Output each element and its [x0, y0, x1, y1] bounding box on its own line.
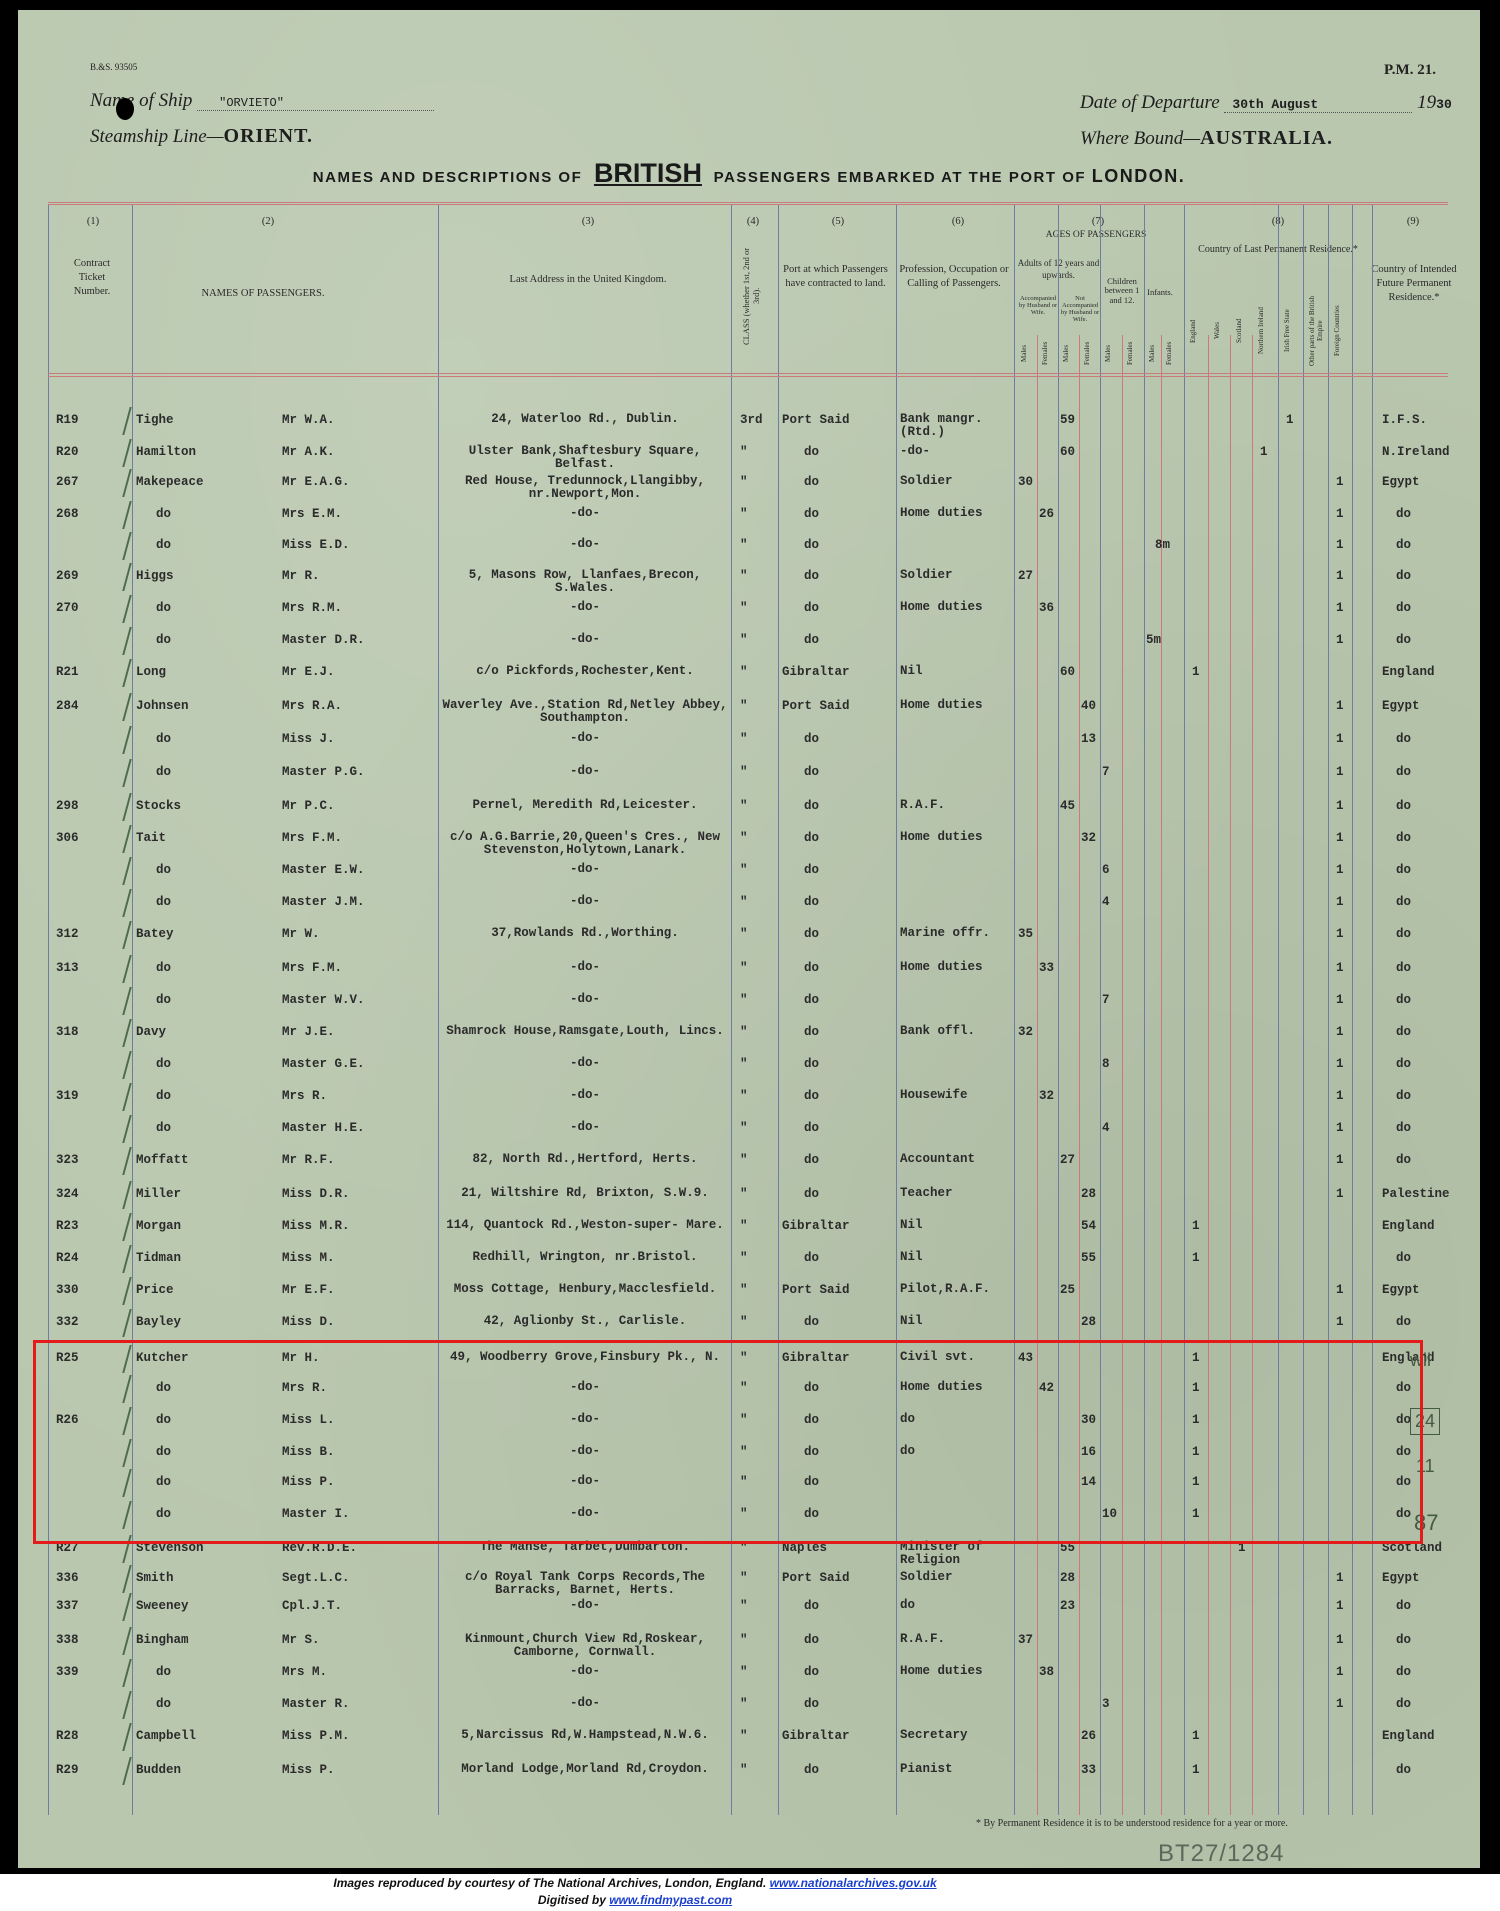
males-header: Males: [1062, 333, 1070, 373]
grid-line: [731, 205, 732, 1815]
surname: Stocks: [136, 799, 181, 813]
occupation: Nil: [900, 1219, 1010, 1232]
address: Morland Lodge,Morland Rd,Croydon.: [440, 1763, 730, 1776]
ticket-number: 313: [56, 961, 79, 975]
address: Shamrock House,Ramsgate,Louth, Lincs.: [440, 1025, 730, 1038]
class: ": [740, 665, 748, 679]
port-of-landing: do: [804, 765, 819, 779]
age: 54: [1081, 1219, 1096, 1233]
surname: do: [156, 1057, 171, 1071]
residence-mark: 1: [1336, 1599, 1344, 1613]
future-residence: do: [1396, 538, 1411, 552]
class: ": [740, 538, 748, 552]
future-residence: do: [1396, 633, 1411, 647]
females-header: Females: [1126, 333, 1134, 373]
given-name: Mr J.E.: [282, 1025, 335, 1039]
residence-mark: 1: [1336, 601, 1344, 615]
residence-mark: 1: [1336, 1697, 1344, 1711]
class: ": [740, 1283, 748, 1297]
occupation: Pianist: [900, 1763, 1010, 1776]
col5-number: (5): [808, 215, 868, 229]
residence-mark: 1: [1260, 445, 1268, 459]
age: 3: [1102, 1697, 1110, 1711]
col6-header: Profession, Occupation or Calling of Pas…: [898, 263, 1010, 291]
port-of-landing: Gibraltar: [782, 665, 850, 679]
class: ": [740, 1763, 748, 1777]
page-title: NAMES AND DESCRIPTIONS OF BRITISH PASSEN…: [18, 158, 1480, 189]
surname: Miller: [136, 1187, 181, 1201]
manifest-page: B.&S. 93505 P.M. 21. Name of Ship "ORVIE…: [18, 10, 1480, 1868]
residence-subheader: Irish Free State: [1283, 289, 1291, 373]
age: 6: [1102, 863, 1110, 877]
address: -do-: [440, 538, 730, 551]
address: -do-: [440, 601, 730, 614]
surname: Budden: [136, 1763, 181, 1777]
residence-mark: 1: [1336, 699, 1344, 713]
port-of-landing: Port Said: [782, 699, 850, 713]
age: 37: [1018, 1633, 1033, 1647]
age: 26: [1039, 507, 1054, 521]
given-name: Mr R.F.: [282, 1153, 335, 1167]
age: 40: [1081, 699, 1096, 713]
ticket-number: R24: [56, 1251, 79, 1265]
ticket-number: 267: [56, 475, 79, 489]
residence-mark: 1: [1192, 1729, 1200, 1743]
findmypast-link[interactable]: www.findmypast.com: [609, 1893, 732, 1907]
col7-children: Children between 1 and 12.: [1100, 277, 1144, 305]
occupation: Teacher: [900, 1187, 1010, 1200]
males-header: Males: [1148, 333, 1156, 373]
form-number: P.M. 21.: [1384, 62, 1436, 79]
grid-line: [1278, 205, 1279, 1815]
port-of-landing: do: [804, 863, 819, 877]
residence-mark: 1: [1336, 993, 1344, 1007]
ticket-number: 319: [56, 1089, 79, 1103]
residence-mark: 1: [1336, 799, 1344, 813]
title-pre: NAMES AND DESCRIPTIONS OF: [313, 169, 582, 186]
ticket-number: R21: [56, 665, 79, 679]
surname: Bingham: [136, 1633, 189, 1647]
given-name: Mr P.C.: [282, 799, 335, 813]
credit-text-1: Images reproduced by courtesy of The Nat…: [333, 1876, 766, 1890]
future-residence: do: [1396, 1763, 1411, 1777]
address: 24, Waterloo Rd., Dublin.: [440, 413, 730, 426]
ticket-number: 336: [56, 1571, 79, 1585]
surname: Tidman: [136, 1251, 181, 1265]
ticket-number: 312: [56, 927, 79, 941]
age: 38: [1039, 1665, 1054, 1679]
address: -do-: [440, 507, 730, 520]
age: 23: [1060, 1599, 1075, 1613]
future-residence: England: [1382, 1219, 1435, 1233]
ticket-number: R28: [56, 1729, 79, 1743]
residence-mark: 1: [1336, 507, 1344, 521]
ticket-number: 323: [56, 1153, 79, 1167]
age: 25: [1060, 1283, 1075, 1297]
age: 28: [1060, 1571, 1075, 1585]
class: ": [740, 633, 748, 647]
col4-number: (4): [738, 215, 768, 229]
residence-mark: 1: [1192, 1763, 1200, 1777]
given-name: Mrs F.M.: [282, 831, 342, 845]
port-of-landing: do: [804, 895, 819, 909]
col6-number: (6): [928, 215, 988, 229]
port-of-landing: do: [804, 569, 819, 583]
col7-infants: Infants.: [1144, 287, 1176, 298]
residence-mark: 1: [1336, 1633, 1344, 1647]
ticket-number: 337: [56, 1599, 79, 1613]
col3-number: (3): [558, 215, 618, 229]
grid-line: [1014, 205, 1015, 1815]
residence-mark: 1: [1336, 732, 1344, 746]
ticket-number: R20: [56, 445, 79, 459]
age: 33: [1081, 1763, 1096, 1777]
grid-line: [1303, 205, 1304, 1815]
port-of-landing: do: [804, 1633, 819, 1647]
departure-year: 30: [1436, 97, 1452, 112]
title-british: BRITISH: [594, 158, 702, 188]
class: ": [740, 1315, 748, 1329]
future-residence: do: [1396, 732, 1411, 746]
given-name: Master E.W.: [282, 863, 365, 877]
bound-label: Where Bound—: [1080, 128, 1200, 149]
class: ": [740, 831, 748, 845]
surname: do: [156, 538, 171, 552]
address: -do-: [440, 1665, 730, 1678]
age: 55: [1081, 1251, 1096, 1265]
given-name: Mrs M.: [282, 1665, 327, 1679]
ticket-number: 324: [56, 1187, 79, 1201]
grid-line: [1208, 335, 1209, 1815]
steamship-line: Steamship Line—ORIENT.: [90, 125, 313, 148]
given-name: Cpl.J.T.: [282, 1599, 342, 1613]
future-residence: do: [1396, 601, 1411, 615]
occupation: Nil: [900, 1315, 1010, 1328]
age: 27: [1060, 1153, 1075, 1167]
class: ": [740, 1025, 748, 1039]
future-residence: do: [1396, 1089, 1411, 1103]
future-residence: I.F.S.: [1382, 413, 1427, 427]
grid-line: [1122, 335, 1123, 1815]
future-residence: Egypt: [1382, 1283, 1420, 1297]
address: -do-: [440, 1121, 730, 1134]
age: 33: [1039, 961, 1054, 975]
port-of-landing: Gibraltar: [782, 1729, 850, 1743]
col1-header: Contract Ticket Number.: [62, 257, 122, 300]
ticket-number: R19: [56, 413, 79, 427]
occupation: do: [900, 1599, 1010, 1612]
address: Kinmount,Church View Rd,Roskear, Camborn…: [440, 1633, 730, 1658]
port-of-landing: do: [804, 799, 819, 813]
given-name: Mr E.A.G.: [282, 475, 350, 489]
address: 37,Rowlands Rd.,Worthing.: [440, 927, 730, 940]
credit-text-2: Digitised by: [538, 1893, 606, 1907]
class: ": [740, 1121, 748, 1135]
reference-number: B.&S. 93505: [90, 62, 137, 72]
class: ": [740, 1089, 748, 1103]
port-of-landing: do: [804, 1153, 819, 1167]
occupation: Soldier: [900, 475, 1010, 488]
class: ": [740, 895, 748, 909]
given-name: Mr R.: [282, 569, 320, 583]
future-residence: do: [1396, 863, 1411, 877]
col7-number: (7): [1068, 215, 1128, 229]
occupation: Home duties: [900, 601, 1010, 614]
occupation: Home duties: [900, 1665, 1010, 1678]
future-residence: do: [1396, 799, 1411, 813]
surname: Bayley: [136, 1315, 181, 1329]
address: Waverley Ave.,Station Rd,Netley Abbey, S…: [440, 699, 730, 724]
residence-mark: 1: [1336, 1283, 1344, 1297]
occupation: Housewife: [900, 1089, 1010, 1102]
col5-header: Port at which Passengers have contracted…: [778, 263, 893, 291]
address: -do-: [440, 895, 730, 908]
future-residence: do: [1396, 569, 1411, 583]
surname: Tighe: [136, 413, 174, 427]
class: ": [740, 1057, 748, 1071]
class: ": [740, 1187, 748, 1201]
class: ": [740, 1251, 748, 1265]
ticket-number: 298: [56, 799, 79, 813]
given-name: Mr E.F.: [282, 1283, 335, 1297]
surname: do: [156, 993, 171, 1007]
given-name: Miss M.R.: [282, 1219, 350, 1233]
age: 4: [1102, 895, 1110, 909]
given-name: Mrs E.M.: [282, 507, 342, 521]
occupation: Pilot,R.A.F.: [900, 1283, 1010, 1296]
class: ": [740, 601, 748, 615]
occupation: -do-: [900, 445, 1010, 458]
surname: Long: [136, 665, 166, 679]
departure-date-line: Date of Departure 30th August 1930: [1080, 92, 1452, 114]
residence-mark: 1: [1336, 765, 1344, 779]
port-of-landing: Gibraltar: [782, 1219, 850, 1233]
port-of-landing: do: [804, 1121, 819, 1135]
occupation: Home duties: [900, 507, 1010, 520]
future-residence: N.Ireland: [1382, 445, 1450, 459]
grid-line: [1058, 205, 1059, 1815]
occupation: Accountant: [900, 1153, 1010, 1166]
class: ": [740, 1153, 748, 1167]
given-name: Miss E.D.: [282, 538, 350, 552]
port-of-landing: do: [804, 1187, 819, 1201]
surname: Makepeace: [136, 475, 204, 489]
port-of-landing: do: [804, 993, 819, 1007]
credit-line-2: Digitised by www.findmypast.com: [0, 1893, 1270, 1907]
residence-mark: 1: [1336, 1121, 1344, 1135]
residence-mark: 1: [1192, 1219, 1200, 1233]
surname: Batey: [136, 927, 174, 941]
address: -do-: [440, 765, 730, 778]
class: ": [740, 475, 748, 489]
residence-mark: 1: [1336, 1315, 1344, 1329]
port-of-landing: do: [804, 1315, 819, 1329]
ticket-number: 284: [56, 699, 79, 713]
surname: Johnsen: [136, 699, 189, 713]
address: 5, Masons Row, Llanfaes,Brecon, S.Wales.: [440, 569, 730, 594]
given-name: Mr W.A.: [282, 413, 335, 427]
surname: do: [156, 765, 171, 779]
class: ": [740, 765, 748, 779]
occupation: Bank offl.: [900, 1025, 1010, 1038]
grid-line: [1328, 205, 1329, 1815]
residence-mark: 1: [1336, 1025, 1344, 1039]
age: 60: [1060, 445, 1075, 459]
address: 114, Quantock Rd.,Weston-super- Mare.: [440, 1219, 730, 1232]
given-name: Mr W.: [282, 927, 320, 941]
surname: do: [156, 1697, 171, 1711]
future-residence: Egypt: [1382, 699, 1420, 713]
residence-mark: 1: [1192, 665, 1200, 679]
grid-line: [1352, 205, 1353, 1815]
occupation: R.A.F.: [900, 1633, 1010, 1646]
ticket-number: 306: [56, 831, 79, 845]
port-of-landing: do: [804, 538, 819, 552]
grid-line: [1037, 335, 1038, 1815]
residence-mark: 1: [1336, 927, 1344, 941]
port-of-landing: do: [804, 633, 819, 647]
address: -do-: [440, 732, 730, 745]
occupation: Soldier: [900, 569, 1010, 582]
title-mid: PASSENGERS EMBARKED AT THE PORT OF: [714, 169, 1086, 186]
port-of-landing: do: [804, 1089, 819, 1103]
age: 27: [1018, 569, 1033, 583]
occupation: Home duties: [900, 961, 1010, 974]
surname: do: [156, 961, 171, 975]
class: ": [740, 699, 748, 713]
ticket-number: 268: [56, 507, 79, 521]
col7-accompanied: Accompanied by Husband or Wife.: [1018, 295, 1058, 316]
grid-line: [1100, 205, 1101, 1815]
surname: do: [156, 1121, 171, 1135]
port-of-landing: do: [804, 1025, 819, 1039]
surname: do: [156, 732, 171, 746]
class: ": [740, 1697, 748, 1711]
given-name: Miss P.M.: [282, 1729, 350, 1743]
address: -do-: [440, 863, 730, 876]
col3-header: Last Address in the United Kingdom.: [508, 273, 668, 287]
surname: Campbell: [136, 1729, 196, 1743]
future-residence: do: [1396, 993, 1411, 1007]
port-of-landing: do: [804, 1665, 819, 1679]
address: -do-: [440, 1599, 730, 1612]
surname: do: [156, 633, 171, 647]
address: Moss Cottage, Henbury,Macclesfield.: [440, 1283, 730, 1296]
surname: do: [156, 1089, 171, 1103]
ticket-number: 330: [56, 1283, 79, 1297]
age: 35: [1018, 927, 1033, 941]
occupation: Bank mangr. (Rtd.): [900, 413, 1010, 438]
future-residence: do: [1396, 507, 1411, 521]
departure-label: Date of Departure: [1080, 92, 1220, 113]
port-of-landing: do: [804, 1057, 819, 1071]
age: 60: [1060, 665, 1075, 679]
address: -do-: [440, 1057, 730, 1070]
port-of-landing: do: [804, 831, 819, 845]
address: c/o Royal Tank Corps Records,The Barrack…: [440, 1571, 730, 1596]
residence-mark: 1: [1336, 1057, 1344, 1071]
address: Pernel, Meredith Rd,Leicester.: [440, 799, 730, 812]
residence-mark: 1: [1336, 961, 1344, 975]
col7-not-accompanied: Not Accompanied by Husband or Wife.: [1060, 295, 1100, 324]
future-residence: do: [1396, 1315, 1411, 1329]
given-name: Mr A.K.: [282, 445, 335, 459]
nationalarchives-link[interactable]: www.nationalarchives.gov.uk: [770, 1876, 937, 1890]
given-name: Mr S.: [282, 1633, 320, 1647]
ticket-number: 318: [56, 1025, 79, 1039]
highlight-box: [33, 1340, 1423, 1544]
future-residence: do: [1396, 1599, 1411, 1613]
given-name: Mr E.J.: [282, 665, 335, 679]
class: ": [740, 1571, 748, 1585]
class: ": [740, 961, 748, 975]
residence-mark: 1: [1336, 569, 1344, 583]
surname: Davy: [136, 1025, 166, 1039]
residence-subheader: Wales: [1213, 289, 1221, 373]
surname: do: [156, 1665, 171, 1679]
port-of-landing: do: [804, 1763, 819, 1777]
departure-date: 30th August: [1224, 97, 1412, 113]
residence-mark: 1: [1336, 1187, 1344, 1201]
surname: do: [156, 601, 171, 615]
residence-mark: 1: [1336, 831, 1344, 845]
given-name: Mrs R.A.: [282, 699, 342, 713]
class: ": [740, 927, 748, 941]
age: 28: [1081, 1315, 1096, 1329]
females-header: Females: [1165, 333, 1173, 373]
age: 30: [1018, 475, 1033, 489]
departure-year-prefix: 19: [1417, 92, 1436, 113]
address: -do-: [440, 633, 730, 646]
age: 7: [1102, 993, 1110, 1007]
surname: Moffatt: [136, 1153, 189, 1167]
given-name: Master D.R.: [282, 633, 365, 647]
class: 3rd: [740, 413, 763, 427]
future-residence: England: [1382, 1729, 1435, 1743]
ticket-number: 270: [56, 601, 79, 615]
port-of-landing: do: [804, 961, 819, 975]
header-divider: [48, 376, 1448, 377]
occupation: Home duties: [900, 831, 1010, 844]
residence-mark: 1: [1336, 538, 1344, 552]
ticket-number: 269: [56, 569, 79, 583]
occupation: Nil: [900, 1251, 1010, 1264]
destination-line: Where Bound—AUSTRALIA.: [1080, 127, 1333, 150]
grid-line: [1184, 205, 1185, 1815]
future-residence: do: [1396, 961, 1411, 975]
future-residence: do: [1396, 1697, 1411, 1711]
future-residence: do: [1396, 1025, 1411, 1039]
future-residence: do: [1396, 1153, 1411, 1167]
age: 8m: [1155, 538, 1170, 552]
address: 5,Narcissus Rd,W.Hampstead,N.W.6.: [440, 1729, 730, 1742]
residence-mark: 1: [1192, 1251, 1200, 1265]
grid-line: [48, 205, 49, 1815]
age: 32: [1081, 831, 1096, 845]
given-name: Miss J.: [282, 732, 335, 746]
surname: Smith: [136, 1571, 174, 1585]
age: 45: [1060, 799, 1075, 813]
class: ": [740, 445, 748, 459]
surname: Higgs: [136, 569, 174, 583]
footnote: * By Permanent Residence it is to be und…: [976, 1818, 1288, 1829]
grid-line: [1079, 335, 1080, 1815]
given-name: Miss D.: [282, 1315, 335, 1329]
future-residence: Palestine: [1382, 1187, 1450, 1201]
col1-number: (1): [68, 215, 118, 229]
address: 82, North Rd.,Hertford, Herts.: [440, 1153, 730, 1166]
class: ": [740, 1219, 748, 1233]
